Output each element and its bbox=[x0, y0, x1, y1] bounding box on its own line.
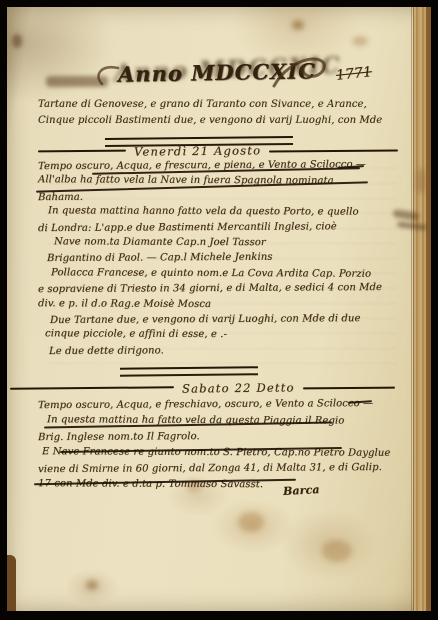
page-content: Anno MDCCXIC Anno MDCCXIC 1771 Tartane d… bbox=[0, 0, 438, 620]
entry-line: Brigantino di Paol. — Cap.l Michele Jenk… bbox=[38, 249, 400, 267]
foxing-spot bbox=[86, 580, 98, 590]
entry-line: cinque picciole, e affini di esse, e .- bbox=[38, 327, 400, 344]
entry-date: Sabato 22 Detto bbox=[174, 380, 303, 395]
entry-line: e sopraviene di Triesto in 34 giorni, e … bbox=[38, 280, 400, 298]
heading-rule bbox=[10, 386, 174, 390]
entry-date: Venerdì 21 Agosto bbox=[126, 143, 269, 158]
heading-rule bbox=[38, 149, 126, 152]
ink-blot bbox=[12, 34, 22, 48]
foxing-spot bbox=[352, 36, 368, 46]
entry-line: Tempo oscuro, Acqua, e freschiavo, oscur… bbox=[38, 396, 400, 414]
folio-number: 1771 bbox=[335, 64, 373, 84]
entry-line: E Nave Francese re giunto nom.to S. Piet… bbox=[38, 444, 400, 462]
entry-line: In questa mattina hanno fatto vela da qu… bbox=[38, 203, 400, 220]
section-divider-rule bbox=[120, 366, 258, 376]
entry-line: Brig. Inglese nom.to Il Fagrolo. bbox=[38, 428, 400, 446]
clerk-signature: Barca bbox=[283, 483, 320, 498]
entry-line: 17 con Mde div. e d.ta p. Tommaso Savass… bbox=[38, 476, 400, 494]
struck-word-smudge bbox=[46, 76, 108, 87]
entry-body-friday: Tempo oscuro, Acqua, e frescura, e piena… bbox=[38, 158, 400, 358]
foxing-spot bbox=[322, 540, 352, 562]
calligraphic-swash-icon bbox=[270, 52, 340, 92]
intro-line: Tartane di Genovese, e grano di Taranto … bbox=[38, 97, 383, 113]
foxing-spot bbox=[416, 168, 426, 194]
heading-rule bbox=[303, 386, 395, 389]
entry-heading-friday: Venerdì 21 Agosto bbox=[38, 144, 398, 158]
margin-ink-smudge bbox=[397, 221, 428, 231]
foxing-spot bbox=[238, 512, 264, 532]
intro-paragraph: Tartane di Genovese, e grano di Taranto … bbox=[38, 97, 383, 129]
entry-body-saturday: Tempo oscuro, Acqua, e freschiavo, oscur… bbox=[38, 397, 400, 493]
foxing-spot bbox=[292, 20, 304, 30]
entry-heading-saturday: Sabato 22 Detto bbox=[10, 381, 395, 395]
entry-line: Le due dette dirigono. bbox=[38, 342, 400, 360]
intro-line: Cinque piccoli Bastimenti due, e vengono… bbox=[38, 113, 383, 129]
entry-line: viene di Smirne in 60 giorni, dal Zonga … bbox=[38, 460, 400, 478]
book-photograph: Anno MDCCXIC Anno MDCCXIC 1771 Tartane d… bbox=[0, 0, 438, 620]
heading-rule bbox=[269, 149, 398, 153]
